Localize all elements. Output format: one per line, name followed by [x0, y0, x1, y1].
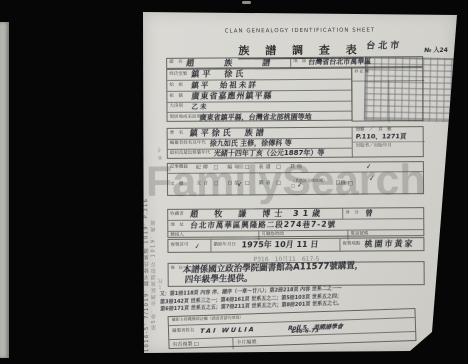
compiler-value: 徐九如氏 主修，徐傳科 等 [209, 140, 292, 148]
photographer-value: TAI WULIA [200, 325, 288, 334]
agency-box: 攝影主持機構填註欄（調查者請勿填寫） 攝製者姓名 TAI WULIA Roll … [168, 308, 417, 349]
field-label: 攝影年月日 [210, 239, 241, 251]
card-number-label: 卡片編號 [232, 337, 256, 349]
first-ancestor-value: 鎮平 始祖未詳 [191, 82, 258, 90]
publisher-labels: 出版者／出版年月 [353, 142, 425, 150]
registry-annotation: № 入24 [424, 48, 448, 54]
check-mark: ✓ [368, 174, 375, 183]
index-checkbox: 目錄 □ [335, 181, 353, 187]
filming-place-value: 桃園市黃家 [364, 240, 415, 248]
table5-filming: 複製許可 ✓ 攝影年月日 1975年 10月 11 日 複製地點 桃園市黃家 [167, 237, 424, 253]
table1-body: 姓氏堂號 鎮平 徐氏 始 祖 鎮平 始祖未詳 祖 籍 廣東省嘉應州鎮平縣 大房別… [166, 68, 352, 122]
field-label: 收藏者 [168, 212, 190, 217]
field-label: 始 祖 [167, 83, 191, 88]
field-label: 譜 名 [167, 61, 186, 66]
remarks-label: 備 註 [171, 266, 183, 270]
margin-scribble-2: 〻代 [156, 250, 163, 290]
check-mark: ✓ [296, 181, 303, 190]
film-edge-strip [0, 22, 9, 358]
field-label: 記事體裁 [168, 166, 196, 171]
form-title: 族 譜 調 查 表 [228, 38, 373, 58]
filming-date-value: 1975年 10月 11 日 [241, 241, 340, 250]
microfilm-scan: 1016-5，7/1019．鎮平徐氏族譜 1019．P.316 第5卷．台灣區族… [0, 0, 468, 364]
surname-hall-value: 鎮平 徐氏 [191, 70, 247, 78]
residence-value: 廣東省鎮平縣，台灣省北部桃園等地 [199, 114, 312, 122]
field-label: 祖 籍 [167, 94, 191, 99]
field-label: 身 分 [342, 209, 361, 219]
table3-row-language: 文 體 文言 □ 白話 □ 圖表 □ （其他詳見備註欄）□ 目錄 □ [168, 172, 423, 196]
table2-edition: 書 名 鎮平徐氏 族譜 編纂者姓名及年代 徐九如氏 主修，徐傳科 等 最初及最近… [167, 126, 424, 159]
remarks-box: 備 註 本譜係國立政治學院圖書館為A11577號購置， 四年級學生提供。 [168, 261, 425, 287]
check-mark: ✓ [236, 180, 243, 189]
field-label: 編纂者姓名及年代 [168, 141, 210, 146]
field-label: 現居地或采訪地 [168, 116, 200, 121]
paper-sheet: 1016-5，7/1019．鎮平徐氏族譜 1019．P.316 第5卷．台灣區族… [141, 9, 459, 356]
film-number-value: 646-6-73 [291, 329, 319, 335]
film-speck [242, 1, 251, 4]
table2-right-column: 冊數 ／ 頁 數 P.110、1271頁 出版者／出版年月 [352, 127, 425, 158]
field-label: 書 名 [168, 131, 190, 136]
copy-checkbox: 有否複製 □ [169, 341, 232, 349]
permission-check: ✓ [194, 241, 211, 251]
field-label: 大房別 [167, 105, 191, 110]
table3-contents: 記事體裁 紀傳 □ 編年 □ 表譜 □ 其他 文 體 文言 □ 白話 □ 圖表 … [167, 161, 424, 196]
genealogy-name-value: 趙 族 譜 [186, 59, 291, 68]
margin-scribble-1: ⑥彳 [156, 120, 163, 160]
page-count-value: P.110、1271頁 [352, 133, 425, 140]
remarks-line-1: 本譜係國立政治學院圖書館為A11577號購置， [182, 262, 363, 275]
branch-value: 乙未 [191, 104, 209, 111]
holder-name-value: 趙 牧 謙 博士 31歲 [190, 210, 343, 219]
table4-holder: 收藏者 趙 牧 謙 博士 31歲 身 分 曾 地 址 台北市萬華區興隆路二段27… [167, 207, 424, 238]
sheet-title-en: CLAN GENEALOGY IDENTIFICATION SHEET [200, 27, 400, 34]
field-label: 複製許可 [168, 243, 194, 248]
holder-relation-value: 曾 [361, 210, 373, 218]
book-title-value: 鎮平徐氏 族譜 [189, 129, 267, 138]
address-value: 台北市萬華區興隆路二段274巷7-2號 [190, 221, 336, 230]
field-label: 複製地點 [339, 239, 364, 251]
table1-row-name: 譜 名 趙 族 譜 地 區 台灣省台北市萬華區 [166, 56, 423, 69]
remarks-line-2: 四年級學生提供。 [184, 275, 253, 285]
field-label: 文 體 [168, 182, 196, 187]
field-label: 姓氏堂號 [167, 72, 191, 77]
table1-row-residence: 現居地或采訪地 廣東省鎮平縣，台灣省北部桃園等地 [168, 112, 352, 124]
city-annotation: 台北市 [366, 42, 403, 51]
compile-year-value: 光緒十四年丁亥（公元1887年）等 [213, 149, 324, 157]
style-checkboxes: 紀傳 □ 編年 □ 表譜 □ 其他 [196, 165, 304, 171]
field-label: 地 區 [290, 58, 308, 67]
check-mark: ✓ [365, 162, 372, 171]
ancestral-home-value: 廣東省嘉應州鎮平縣 [191, 92, 273, 101]
field-label: 地 址 [168, 223, 190, 228]
region-value: 台灣省台北市萬華區 [308, 58, 372, 65]
field-label: 最初及最近修纂年代 [168, 151, 214, 156]
field-label: 攝製者姓名 [169, 329, 200, 335]
table2-row-compile-year: 最初及最近修纂年代 光緒十四年丁亥（公元1887年）等 [168, 148, 352, 159]
